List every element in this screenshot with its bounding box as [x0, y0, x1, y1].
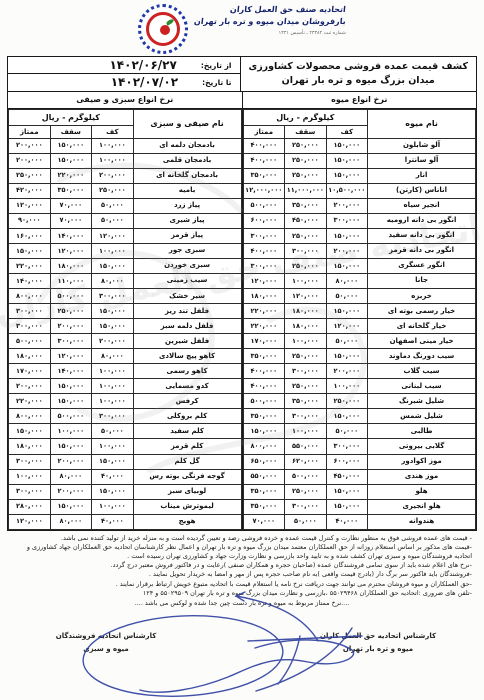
vegetable-row: سبزی خوردن ۱۵۰,۰۰۰ ۱۸۰,۰۰۰ ۲۲۰,۰۰۰ — [9, 258, 242, 273]
fruit-floor-price: ۱۰۰,۰۰۰ — [326, 379, 368, 394]
fruits-table-section: نرخ انواع میوه نام میوه کیلوگرم - ریال ک… — [242, 92, 477, 530]
vegetables-name-header: نام صیفی و سبزی — [133, 109, 241, 138]
fruit-floor-price: ۱۵۰,۰۰۰ — [326, 349, 368, 364]
vegetable-premium-price: ۲۵۰,۰۰۰ — [9, 168, 51, 183]
fruit-floor-price: ۱۵۰,۰۰۰ — [326, 499, 368, 514]
vegetable-ceiling-price: ۸۰,۰۰۰ — [50, 514, 92, 529]
vegetable-floor-price: ۵۰,۰۰۰ — [92, 213, 134, 228]
vegetable-row: کلم بروکلی ۳۰۰,۰۰۰ ۵۰۰,۰۰۰ ۸۰۰,۰۰۰ — [9, 409, 242, 424]
fruit-name: هندوانه — [368, 514, 476, 529]
vegetable-premium-price: ۱۶۰,۰۰۰ — [9, 228, 51, 243]
fruit-ceiling-price: ۳۰۰,۰۰۰ — [285, 499, 327, 514]
fruits-ceiling-header: سقف — [285, 125, 327, 138]
fruit-row: خیار گلخانه ای ۱۲۰,۰۰۰ ۱۸۰,۰۰۰ ۲۲۰,۰۰۰ — [243, 319, 476, 334]
fruit-floor-price: ۲۰۰,۰۰۰ — [326, 364, 368, 379]
fruit-ceiling-price: ۲۵۰,۰۰۰ — [285, 138, 327, 153]
fruit-row: موز هندی ۴۵۰,۰۰۰ ۵۰۰,۰۰۰ ۵۵۰,۰۰۰ — [243, 469, 476, 484]
vegetable-ceiling-price: ۱۱۰,۰۰۰ — [50, 273, 92, 288]
fruit-premium-price: ۱۵۰,۰۰۰ — [243, 424, 285, 439]
fruit-row: جانا ۸۰,۰۰۰ ۱۰۰,۰۰۰ ۱۲۰,۰۰۰ — [243, 273, 476, 288]
vegetable-premium-price: ۳۰۰,۰۰۰ — [9, 304, 51, 319]
fruit-ceiling-price: ۶۲۰,۰۰۰ — [285, 454, 327, 469]
fruit-premium-price: ۵۰۰,۰۰۰ — [243, 198, 285, 213]
vegetable-premium-price: ۱۲۰,۰۰۰ — [9, 198, 51, 213]
fruit-row: سیب دورنگ دماوند ۱۵۰,۰۰۰ ۲۵۰,۰۰۰ ۳۵۰,۰۰۰ — [243, 349, 476, 364]
fruit-floor-price: ۵۰,۰۰۰ — [326, 424, 368, 439]
fruit-ceiling-price: ۲۵۰,۰۰۰ — [285, 228, 327, 243]
fruit-floor-price: ۱۰,۵۰۰,۰۰۰ — [326, 183, 368, 198]
vegetable-name: بادمجان گلخانه ای — [133, 168, 241, 183]
fruit-premium-price: ۶۰۰,۰۰۰ — [243, 213, 285, 228]
vegetable-row: سیر خشک ۳۰۰,۰۰۰ ۵۰۰,۰۰۰ ۸۰۰,۰۰۰ — [9, 289, 242, 304]
fruit-name: انگور عسگری — [368, 258, 476, 273]
fruit-premium-price: ۳۰۰,۰۰۰ — [243, 258, 285, 273]
fruit-floor-price: ۱۲۰,۰۰۰ — [326, 319, 368, 334]
fruit-premium-price: ۱۲,۰۰۰,۰۰۰ — [243, 183, 285, 198]
vegetable-premium-price: ۹۰,۰۰۰ — [9, 213, 51, 228]
to-date-row: تا تاریخ: ۱۴۰۲/۰۷/۰۲ — [8, 73, 240, 90]
vegetable-premium-price: ۱۰۰,۰۰۰ — [9, 469, 51, 484]
footnote-line: -حق العملکاران و میوه فروشان محترم می تو… — [12, 580, 472, 589]
fruit-row: موز اکوادور ۶۰۰,۰۰۰ ۶۲۰,۰۰۰ ۶۵۰,۰۰۰ — [243, 454, 476, 469]
vegetable-ceiling-price: ۳۰۰,۰۰۰ — [50, 334, 92, 349]
vegetable-row: بادمجان دلمه ای ۱۰۰,۰۰۰ ۱۵۰,۰۰۰ ۲۰۰,۰۰۰ — [9, 138, 242, 153]
vegetable-floor-price: ۱۵۰,۰۰۰ — [92, 319, 134, 334]
vegetable-ceiling-price: ۵۰۰,۰۰۰ — [50, 289, 92, 304]
vegetable-premium-price: ۲۲۰,۰۰۰ — [9, 394, 51, 409]
union-name-line1: اتحادیه صنف حق العمل کاران — [194, 4, 347, 16]
fruit-ceiling-price: ۳۰۰,۰۰۰ — [285, 243, 327, 258]
fruit-ceiling-price: ۳۵۰,۰۰۰ — [285, 198, 327, 213]
vegetable-row: فلفل دلمه سبز ۱۵۰,۰۰۰ ۲۰۰,۰۰۰ ۳۰۰,۰۰۰ — [9, 319, 242, 334]
letterhead: اتحادیه صنف حق العمل کاران بارفروشان مید… — [0, 0, 484, 56]
vegetable-ceiling-price: ۱۰۰,۰۰۰ — [50, 424, 92, 439]
fruit-premium-price: ۱۷۰,۰۰۰ — [243, 334, 285, 349]
fruit-premium-price: ۶۵۰,۰۰۰ — [243, 454, 285, 469]
fruit-floor-price: ۱۵۰,۰۰۰ — [326, 168, 368, 183]
vegetable-floor-price: ۱۵۰,۰۰۰ — [92, 484, 134, 499]
fruit-name: انگور بی دانه قرمز — [368, 243, 476, 258]
fruit-ceiling-price: ۳۰۰,۰۰۰ — [285, 409, 327, 424]
fruit-floor-price: ۱۵۰,۰۰۰ — [326, 409, 368, 424]
fruit-name: خیار رسمی بوته ای — [368, 304, 476, 319]
vegetable-ceiling-price: ۲۰۰,۰۰۰ — [50, 319, 92, 334]
fruit-floor-price: ۲۵۰,۰۰۰ — [326, 394, 368, 409]
vegetable-row: پیاز شیری ۵۰,۰۰۰ ۷۰,۰۰۰ ۹۰,۰۰۰ — [9, 213, 242, 228]
fruit-floor-price: ۶۰۰,۰۰۰ — [326, 454, 368, 469]
vegetable-ceiling-price: ۸۰,۰۰۰ — [50, 469, 92, 484]
title-line1: کشف قیمت عمده فروشی محصولات کشاورزی — [243, 60, 475, 74]
fruit-row: انگور بی دانه قرمز ۲۰۰,۰۰۰ ۳۰۰,۰۰۰ ۴۰۰,۰… — [243, 243, 476, 258]
vegetable-ceiling-price: ۱۵۰,۰۰۰ — [50, 138, 92, 153]
fruit-name: موز اکوادور — [368, 454, 476, 469]
fruit-ceiling-price: ۲۵۰,۰۰۰ — [285, 379, 327, 394]
fruit-premium-price: ۲۲۰,۰۰۰ — [243, 319, 285, 334]
vegetable-ceiling-price: ۱۵۰,۰۰۰ — [50, 499, 92, 514]
vegetable-name: کدو مسمایی — [133, 379, 241, 394]
vegetable-row: سیب زمینی ۸۰,۰۰۰ ۱۱۰,۰۰۰ ۱۴۰,۰۰۰ — [9, 273, 242, 288]
vegetable-floor-price: ۱۰۰,۰۰۰ — [92, 153, 134, 168]
vegetable-name: کرفس — [133, 394, 241, 409]
vegetable-row: کلم سفید ۵۰,۰۰۰ ۱۰۰,۰۰۰ ۱۵۰,۰۰۰ — [9, 424, 242, 439]
fruit-ceiling-price: ۵۵۰,۰۰۰ — [285, 439, 327, 454]
fruits-premium-header: ممتاز — [243, 125, 285, 138]
fruit-ceiling-price: ۵۰۰,۰۰۰ — [285, 469, 327, 484]
fruit-name: طالبی — [368, 424, 476, 439]
vegetable-premium-price: ۱۷۰,۰۰۰ — [9, 364, 51, 379]
vegetable-name: پیاز شیری — [133, 213, 241, 228]
fruit-name: سیب دورنگ دماوند — [368, 349, 476, 364]
vegetable-premium-price: ۱۲۰,۰۰۰ — [9, 514, 51, 529]
from-date-value: ۱۴۰۲/۰۶/۲۷ — [109, 58, 176, 72]
vegetables-ceiling-header: سقف — [50, 125, 92, 138]
fruit-row: شلیل شبرنگ ۲۵۰,۰۰۰ ۳۵۰,۰۰۰ ۵۰۰,۰۰۰ — [243, 394, 476, 409]
fruit-row: سیب لبنانی ۱۰۰,۰۰۰ ۲۵۰,۰۰۰ ۴۰۰,۰۰۰ — [243, 379, 476, 394]
vegetable-floor-price: ۲۵۰,۰۰۰ — [92, 183, 134, 198]
vegetable-row: لوبیای سبز ۱۵۰,۰۰۰ ۲۰۰,۰۰۰ ۳۰۰,۰۰۰ — [9, 484, 242, 499]
vegetable-premium-price: ۵۰۰,۰۰۰ — [9, 334, 51, 349]
fruit-name: آلو سانترا — [368, 153, 476, 168]
fruit-premium-price: ۸۰۰,۰۰۰ — [243, 439, 285, 454]
vegetable-floor-price: ۱۰۰,۰۰۰ — [92, 379, 134, 394]
fruit-premium-price: ۳۵۰,۰۰۰ — [243, 484, 285, 499]
fruit-row: سیب گلاب ۲۰۰,۰۰۰ ۳۰۰,۰۰۰ ۴۰۰,۰۰۰ — [243, 364, 476, 379]
vegetable-ceiling-price: ۲۰۰,۰۰۰ — [50, 484, 92, 499]
fruit-name: هلو — [368, 484, 476, 499]
vegetables-table: نام صیفی و سبزی کیلوگرم - ریال کف سقف مم… — [8, 109, 242, 530]
fruit-row: آلو شابلون ۱۵۰,۰۰۰ ۲۵۰,۰۰۰ ۴۰۰,۰۰۰ — [243, 138, 476, 153]
vegetable-premium-price: ۱۸۰,۰۰۰ — [9, 349, 51, 364]
fruit-name: انگور بی دانه ارومیه — [368, 213, 476, 228]
vegetables-premium-header: ممتاز — [9, 125, 51, 138]
vegetable-premium-price: ۲۰۰,۰۰۰ — [9, 138, 51, 153]
vegetable-ceiling-price: ۱۵۰,۰۰۰ — [50, 394, 92, 409]
vegetable-floor-price: ۳۰۰,۰۰۰ — [92, 409, 134, 424]
vegetable-name: فلفل شیرین — [133, 334, 241, 349]
vegetable-row: کاهو رسمی ۱۰۰,۰۰۰ ۱۴۰,۰۰۰ ۱۷۰,۰۰۰ — [9, 364, 242, 379]
fruits-floor-header: کف — [326, 125, 368, 138]
vegetable-floor-price: ۱۰۰,۰۰۰ — [92, 394, 134, 409]
vegetable-premium-price: ۲۰۰,۰۰۰ — [9, 153, 51, 168]
vegetable-ceiling-price: ۷۰,۰۰۰ — [50, 198, 92, 213]
vegetable-premium-price: ۸۰۰,۰۰۰ — [9, 409, 51, 424]
vegetable-floor-price: ۱۰۰,۰۰۰ — [92, 439, 134, 454]
vegetable-name: بادمجان قلمی — [133, 153, 241, 168]
vegetable-ceiling-price: ۱۲۰,۰۰۰ — [50, 349, 92, 364]
vegetable-ceiling-price: ۲۲۰,۰۰۰ — [50, 168, 92, 183]
vegetable-name: هویج — [133, 514, 241, 529]
union-name-line2: بارفروشان میدان میوه و تره بار تهران — [194, 16, 347, 28]
fruit-ceiling-price: ۲۵۰,۰۰۰ — [285, 258, 327, 273]
fruit-floor-price: ۱۵۰,۰۰۰ — [326, 153, 368, 168]
vegetable-name: پیاز زرد — [133, 198, 241, 213]
union-logo-icon — [138, 4, 188, 54]
vegetable-floor-price: ۸۰,۰۰۰ — [92, 349, 134, 364]
fruit-row: خیار مینی اصفهان ۵۰,۰۰۰ ۱۰۰,۰۰۰ ۱۷۰,۰۰۰ — [243, 334, 476, 349]
fruit-ceiling-price: ۱۰۰,۰۰۰ — [285, 273, 327, 288]
fruit-name: سیب لبنانی — [368, 379, 476, 394]
fruit-row: خیار رسمی بوته ای ۱۵۰,۰۰۰ ۱۸۰,۰۰۰ ۲۲۰,۰۰… — [243, 304, 476, 319]
vegetable-ceiling-price: ۱۲۰,۰۰۰ — [50, 243, 92, 258]
fruit-name: انجیر سیاه — [368, 198, 476, 213]
fruit-row: انجیر سیاه ۲۰۰,۰۰۰ ۳۵۰,۰۰۰ ۵۰۰,۰۰۰ — [243, 198, 476, 213]
fruit-ceiling-price: ۲۵۰,۰۰۰ — [285, 168, 327, 183]
vegetable-premium-price: ۳۰۰,۰۰۰ — [9, 319, 51, 334]
fruit-ceiling-price: ۳۰۰,۰۰۰ — [285, 364, 327, 379]
vegetable-premium-price: ۱۵۰,۰۰۰ — [9, 243, 51, 258]
vegetable-ceiling-price: ۵۰۰,۰۰۰ — [50, 409, 92, 424]
vegetable-name: لیموترش میناب — [133, 499, 241, 514]
fruit-ceiling-price: ۱۸۰,۰۰۰ — [285, 319, 327, 334]
fruit-row: انگور عسگری ۱۵۰,۰۰۰ ۲۵۰,۰۰۰ ۳۰۰,۰۰۰ — [243, 258, 476, 273]
fruit-floor-price: ۱۵۰,۰۰۰ — [326, 304, 368, 319]
vegetable-name: کلم بروکلی — [133, 409, 241, 424]
fruit-row: انگور بی دانه ارومیه ۳۰۰,۰۰۰ ۴۵۰,۰۰۰ ۶۰۰… — [243, 213, 476, 228]
fruit-ceiling-price: ۵۰,۰۰۰ — [285, 514, 327, 529]
vegetable-name: سیر خشک — [133, 289, 241, 304]
vegetable-name: لوبیای سبز — [133, 484, 241, 499]
date-range: از تاریخ: ۱۴۰۲/۰۶/۲۷ تا تاریخ: ۱۴۰۲/۰۷/۰… — [8, 57, 240, 91]
fruit-floor-price: ۴۰,۰۰۰ — [326, 514, 368, 529]
vegetable-name: گل کلم — [133, 454, 241, 469]
vegetable-row: گل کلم ۱۵۰,۰۰۰ ۲۰۰,۰۰۰ ۳۰۰,۰۰۰ — [9, 454, 242, 469]
vegetable-floor-price: ۱۰۰,۰۰۰ — [92, 243, 134, 258]
vegetables-section-title: نرخ انواع سبزی و صیفی — [8, 92, 242, 109]
fruit-floor-price: ۴۵۰,۰۰۰ — [326, 469, 368, 484]
footnote-line: ....نرخ ممتاز مربوط به میوه و تره بار دس… — [12, 599, 472, 608]
fruit-premium-price: ۴۰۰,۰۰۰ — [243, 364, 285, 379]
fruit-row: انار ۱۵۰,۰۰۰ ۲۵۰,۰۰۰ ۳۵۰,۰۰۰ — [243, 168, 476, 183]
fruit-name: خربزه — [368, 289, 476, 304]
vegetable-row: فلفل شیرین ۲۰۰,۰۰۰ ۳۰۰,۰۰۰ ۵۰۰,۰۰۰ — [9, 334, 242, 349]
fruits-unit-header: کیلوگرم - ریال — [243, 109, 368, 125]
signature-right-line2: میوه و تره بار تهران — [272, 643, 484, 656]
fruits-name-header: نام میوه — [368, 109, 476, 138]
fruit-floor-price: ۱۵۰,۰۰۰ — [326, 484, 368, 499]
vegetable-ceiling-price: ۱۵۰,۰۰۰ — [50, 153, 92, 168]
fruit-ceiling-price: ۱۱,۰۰۰,۰۰۰ — [285, 183, 327, 198]
fruit-premium-price: ۳۵۰,۰۰۰ — [243, 499, 285, 514]
vegetable-name: کاهو پیچ سالادی — [133, 349, 241, 364]
fruit-name: هلو انجیری — [368, 499, 476, 514]
fruit-floor-price: ۲۰۰,۰۰۰ — [326, 198, 368, 213]
from-date-row: از تاریخ: ۱۴۰۲/۰۶/۲۷ — [8, 57, 240, 73]
vegetable-floor-price: ۴۰,۰۰۰ — [92, 514, 134, 529]
vegetables-table-section: نرخ انواع سبزی و صیفی نام صیفی و سبزی کی… — [8, 92, 242, 530]
vegetable-ceiling-price: ۲۰۰,۰۰۰ — [50, 454, 92, 469]
fruit-row: هلو ۱۵۰,۰۰۰ ۲۵۰,۰۰۰ ۳۵۰,۰۰۰ — [243, 484, 476, 499]
vegetable-name: کلم سفید — [133, 424, 241, 439]
fruit-floor-price: ۵۰,۰۰۰ — [326, 289, 368, 304]
fruit-row: خربزه ۵۰,۰۰۰ ۱۲۰,۰۰۰ ۱۸۰,۰۰۰ — [243, 289, 476, 304]
fruit-premium-price: ۳۵۰,۰۰۰ — [243, 349, 285, 364]
vegetable-premium-price: ۳۰۰,۰۰۰ — [9, 484, 51, 499]
signature-right-line1: کارشناس اتحادیه حق العمل کاران — [272, 630, 484, 643]
vegetable-row: پیاز قرمز ۱۲۰,۰۰۰ ۱۴۰,۰۰۰ ۱۶۰,۰۰۰ — [9, 228, 242, 243]
fruit-premium-price: ۴۰۰,۰۰۰ — [243, 153, 285, 168]
fruit-floor-price: ۱۵۰,۰۰۰ — [326, 228, 368, 243]
vegetable-row: سبزی جور ۱۰۰,۰۰۰ ۱۲۰,۰۰۰ ۱۵۰,۰۰۰ — [9, 243, 242, 258]
fruit-ceiling-price: ۴۵۰,۰۰۰ — [285, 213, 327, 228]
fruit-premium-price: ۵۵۰,۰۰۰ — [243, 469, 285, 484]
document-title: کشف قیمت عمده فروشی محصولات کشاورزی میدا… — [240, 57, 477, 91]
vegetable-row: هویج ۴۰,۰۰۰ ۸۰,۰۰۰ ۱۲۰,۰۰۰ — [9, 514, 242, 529]
fruit-row: شلیل شمس ۱۵۰,۰۰۰ ۳۰۰,۰۰۰ ۳۵۰,۰۰۰ — [243, 409, 476, 424]
footnote-line: -تلفن های ضروری :اتحادیه حق العملکاران ۵… — [12, 589, 472, 598]
signature-left-line1: کارشناس اتحادیه فروشندگان — [0, 630, 212, 643]
vegetable-premium-price: ۱۴۰,۰۰۰ — [9, 273, 51, 288]
vegetable-ceiling-price: ۳۵۰,۰۰۰ — [50, 183, 92, 198]
vegetable-premium-price: ۲۰۰,۰۰۰ — [9, 379, 51, 394]
vegetable-floor-price: ۱۲۰,۰۰۰ — [92, 228, 134, 243]
footnote-line: -نرخ های اعلام شده باید از سوی تمامی فرو… — [12, 561, 472, 570]
fruit-name: انگور بی دانه سفید — [368, 228, 476, 243]
vegetable-row: لیموترش میناب ۱۰۰,۰۰۰ ۱۵۰,۰۰۰ ۲۸۰,۰۰۰ — [9, 499, 242, 514]
fruit-ceiling-price: ۱۰۰,۰۰۰ — [285, 334, 327, 349]
vegetable-floor-price: ۱۵۰,۰۰۰ — [92, 304, 134, 319]
vegetable-row: کاهو پیچ سالادی ۸۰,۰۰۰ ۱۲۰,۰۰۰ ۱۸۰,۰۰۰ — [9, 349, 242, 364]
vegetable-floor-price: ۱۵۰,۰۰۰ — [92, 454, 134, 469]
fruit-name: خیار گلخانه ای — [368, 319, 476, 334]
title-line2: میدان بزرگ میوه و تره بار تهران — [243, 74, 475, 88]
vegetable-floor-price: ۵۰,۰۰۰ — [92, 198, 134, 213]
fruit-premium-price: ۴۰۰,۰۰۰ — [243, 243, 285, 258]
vegetable-floor-price: ۱۰۰,۰۰۰ — [92, 364, 134, 379]
vegetables-unit-header: کیلوگرم - ریال — [9, 109, 134, 125]
vegetable-premium-price: ۲۲۰,۰۰۰ — [9, 258, 51, 273]
fruit-name: شلیل شمس — [368, 409, 476, 424]
to-date-value: ۱۴۰۲/۰۷/۰۲ — [111, 75, 178, 89]
vegetable-floor-price: ۳۰۰,۰۰۰ — [92, 289, 134, 304]
vegetable-ceiling-price: ۲۵۰,۰۰۰ — [50, 304, 92, 319]
vegetable-row: بامیه ۲۵۰,۰۰۰ ۳۵۰,۰۰۰ ۴۲۰,۰۰۰ — [9, 183, 242, 198]
vegetable-name: کاهو رسمی — [133, 364, 241, 379]
footnote-line: - قیمت های عمده فروشی فوق به منظور نظارت… — [12, 534, 472, 543]
vegetable-name: کلم قرمز — [133, 439, 241, 454]
fruit-row: هندوانه ۴۰,۰۰۰ ۵۰,۰۰۰ ۷۰,۰۰۰ — [243, 514, 476, 529]
vegetable-premium-price: ۱۸۰,۰۰۰ — [9, 439, 51, 454]
fruit-floor-price: ۵۰,۰۰۰ — [326, 334, 368, 349]
fruit-name: شلیل شبرنگ — [368, 394, 476, 409]
vegetable-row: کرفس ۱۰۰,۰۰۰ ۱۵۰,۰۰۰ ۲۲۰,۰۰۰ — [9, 394, 242, 409]
fruits-section-title: نرخ انواع میوه — [243, 92, 477, 109]
fruit-name: اناناس (کارتن) — [368, 183, 476, 198]
vegetable-row: گوجه فرنگی بوته رس ۴۰,۰۰۰ ۸۰,۰۰۰ ۱۰۰,۰۰۰ — [9, 469, 242, 484]
fruit-row: هلو انجیری ۱۵۰,۰۰۰ ۳۰۰,۰۰۰ ۳۵۰,۰۰۰ — [243, 499, 476, 514]
fruit-row: انگور بی دانه سفید ۱۵۰,۰۰۰ ۲۵۰,۰۰۰ ۳۰۰,۰… — [243, 228, 476, 243]
vegetable-floor-price: ۴۰,۰۰۰ — [92, 469, 134, 484]
vegetable-premium-price: ۸۰۰,۰۰۰ — [9, 289, 51, 304]
signature-commission-agents: کارشناس اتحادیه حق العمل کاران میوه و تر… — [242, 630, 484, 655]
fruit-floor-price: ۳۰۰,۰۰۰ — [326, 439, 368, 454]
fruit-floor-price: ۱۵۰,۰۰۰ — [326, 258, 368, 273]
vegetable-name: پیاز قرمز — [133, 228, 241, 243]
vegetable-row: فلفل تند ریز ۱۵۰,۰۰۰ ۲۵۰,۰۰۰ ۳۰۰,۰۰۰ — [9, 304, 242, 319]
fruit-floor-price: ۳۰۰,۰۰۰ — [326, 213, 368, 228]
fruit-premium-price: ۱۲۰,۰۰۰ — [243, 273, 285, 288]
fruit-row: گلابی بیروتی ۳۰۰,۰۰۰ ۵۵۰,۰۰۰ ۸۰۰,۰۰۰ — [243, 439, 476, 454]
vegetable-ceiling-price: ۱۵۰,۰۰۰ — [50, 379, 92, 394]
fruit-floor-price: ۸۰,۰۰۰ — [326, 273, 368, 288]
vegetable-name: فلفل دلمه سبز — [133, 319, 241, 334]
fruit-premium-price: ۴۰۰,۰۰۰ — [243, 379, 285, 394]
footnotes: - قیمت های عمده فروشی فوق به منظور نظارت… — [0, 531, 484, 608]
vegetable-row: پیاز زرد ۵۰,۰۰۰ ۷۰,۰۰۰ ۱۲۰,۰۰۰ — [9, 198, 242, 213]
fruit-row: طالبی ۵۰,۰۰۰ ۱۰۰,۰۰۰ ۱۵۰,۰۰۰ — [243, 424, 476, 439]
vegetable-floor-price: ۱۰۰,۰۰۰ — [92, 499, 134, 514]
vegetable-floor-price: ۲۰۰,۰۰۰ — [92, 168, 134, 183]
fruit-premium-price: ۷۰,۰۰۰ — [243, 514, 285, 529]
fruit-ceiling-price: ۳۵۰,۰۰۰ — [285, 394, 327, 409]
vegetable-floor-price: ۱۰۰,۰۰۰ — [92, 138, 134, 153]
vegetable-name: سیب زمینی — [133, 273, 241, 288]
fruit-floor-price: ۲۰۰,۰۰۰ — [326, 243, 368, 258]
vegetable-floor-price: ۱۵۰,۰۰۰ — [92, 258, 134, 273]
fruit-name: خیار مینی اصفهان — [368, 334, 476, 349]
vegetable-premium-price: ۴۲۰,۰۰۰ — [9, 183, 51, 198]
signature-block: کارشناس اتحادیه حق العمل کاران میوه و تر… — [0, 630, 484, 655]
fruit-premium-price: ۱۸۰,۰۰۰ — [243, 289, 285, 304]
vegetable-row: کلم قرمز ۱۰۰,۰۰۰ ۱۵۰,۰۰۰ ۱۸۰,۰۰۰ — [9, 439, 242, 454]
fruit-premium-price: ۳۵۰,۰۰۰ — [243, 168, 285, 183]
fruit-premium-price: ۳۵۰,۰۰۰ — [243, 409, 285, 424]
vegetable-floor-price: ۵۰,۰۰۰ — [92, 424, 134, 439]
fruit-ceiling-price: ۲۵۰,۰۰۰ — [285, 349, 327, 364]
fruit-premium-price: ۳۰۰,۰۰۰ — [243, 228, 285, 243]
vegetable-ceiling-price: ۷۰,۰۰۰ — [50, 213, 92, 228]
fruit-ceiling-price: ۱۰۰,۰۰۰ — [285, 424, 327, 439]
fruit-premium-price: ۴۰۰,۰۰۰ — [243, 138, 285, 153]
vegetable-premium-price: ۲۸۰,۰۰۰ — [9, 499, 51, 514]
fruit-ceiling-price: ۱۸۰,۰۰۰ — [285, 304, 327, 319]
vegetable-ceiling-price: ۱۸۰,۰۰۰ — [50, 258, 92, 273]
fruit-name: آلو شابلون — [368, 138, 476, 153]
fruit-ceiling-price: ۱۲۰,۰۰۰ — [285, 289, 327, 304]
vegetable-floor-price: ۲۰۰,۰۰۰ — [92, 334, 134, 349]
vegetable-name: فلفل تند ریز — [133, 304, 241, 319]
fruit-premium-price: ۵۰۰,۰۰۰ — [243, 394, 285, 409]
fruit-name: گلابی بیروتی — [368, 439, 476, 454]
fruit-ceiling-price: ۲۵۰,۰۰۰ — [285, 484, 327, 499]
vegetables-floor-header: کف — [92, 125, 134, 138]
vegetable-name: سبزی خوردن — [133, 258, 241, 273]
from-date-label: از تاریخ: — [201, 61, 232, 70]
fruit-floor-price: ۱۵۰,۰۰۰ — [326, 138, 368, 153]
fruit-row: آلو سانترا ۱۵۰,۰۰۰ ۲۵۰,۰۰۰ ۴۰۰,۰۰۰ — [243, 153, 476, 168]
vegetable-ceiling-price: ۱۵۰,۰۰۰ — [50, 439, 92, 454]
fruits-table: نام میوه کیلوگرم - ریال کف سقف ممتاز آلو… — [243, 109, 477, 530]
vegetable-name: گوجه فرنگی بوته رس — [133, 469, 241, 484]
vegetable-row: کدو مسمایی ۱۰۰,۰۰۰ ۱۵۰,۰۰۰ ۲۰۰,۰۰۰ — [9, 379, 242, 394]
union-registration: شماره ثبت ۲۳۳۸۲ ـ تأسیس ۱۳۳۱ — [194, 31, 346, 36]
fruit-name: سیب گلاب — [368, 364, 476, 379]
title-date-row: کشف قیمت عمده فروشی محصولات کشاورزی میدا… — [8, 57, 476, 92]
vegetable-row: بادمجان قلمی ۱۰۰,۰۰۰ ۱۵۰,۰۰۰ ۲۰۰,۰۰۰ — [9, 153, 242, 168]
fruit-row: اناناس (کارتن) ۱۰,۵۰۰,۰۰۰ ۱۱,۰۰۰,۰۰۰ ۱۲,… — [243, 183, 476, 198]
footnote-line: -فروشندگان باید فاکتور سر برگ دار (بادرج… — [12, 570, 472, 579]
fruit-ceiling-price: ۲۵۰,۰۰۰ — [285, 153, 327, 168]
signature-sellers-union: کارشناس اتحادیه فروشندگان میوه و سبزی — [0, 630, 242, 655]
footnote-line: -قیمت های مذکور بر اساس استعلام روزانه ا… — [12, 543, 472, 561]
vegetable-name: بادمجان دلمه ای — [133, 138, 241, 153]
vegetable-premium-price: ۳۰۰,۰۰۰ — [9, 454, 51, 469]
vegetable-row: بادمجان گلخانه ای ۲۰۰,۰۰۰ ۲۲۰,۰۰۰ ۲۵۰,۰۰… — [9, 168, 242, 183]
vegetable-ceiling-price: ۱۴۰,۰۰۰ — [50, 228, 92, 243]
price-table-sheet: کشف قیمت عمده فروشی محصولات کشاورزی میدا… — [7, 56, 477, 531]
vegetable-ceiling-price: ۱۴۰,۰۰۰ — [50, 364, 92, 379]
fruit-premium-price: ۲۲۰,۰۰۰ — [243, 304, 285, 319]
to-date-label: تا تاریخ: — [202, 78, 231, 87]
